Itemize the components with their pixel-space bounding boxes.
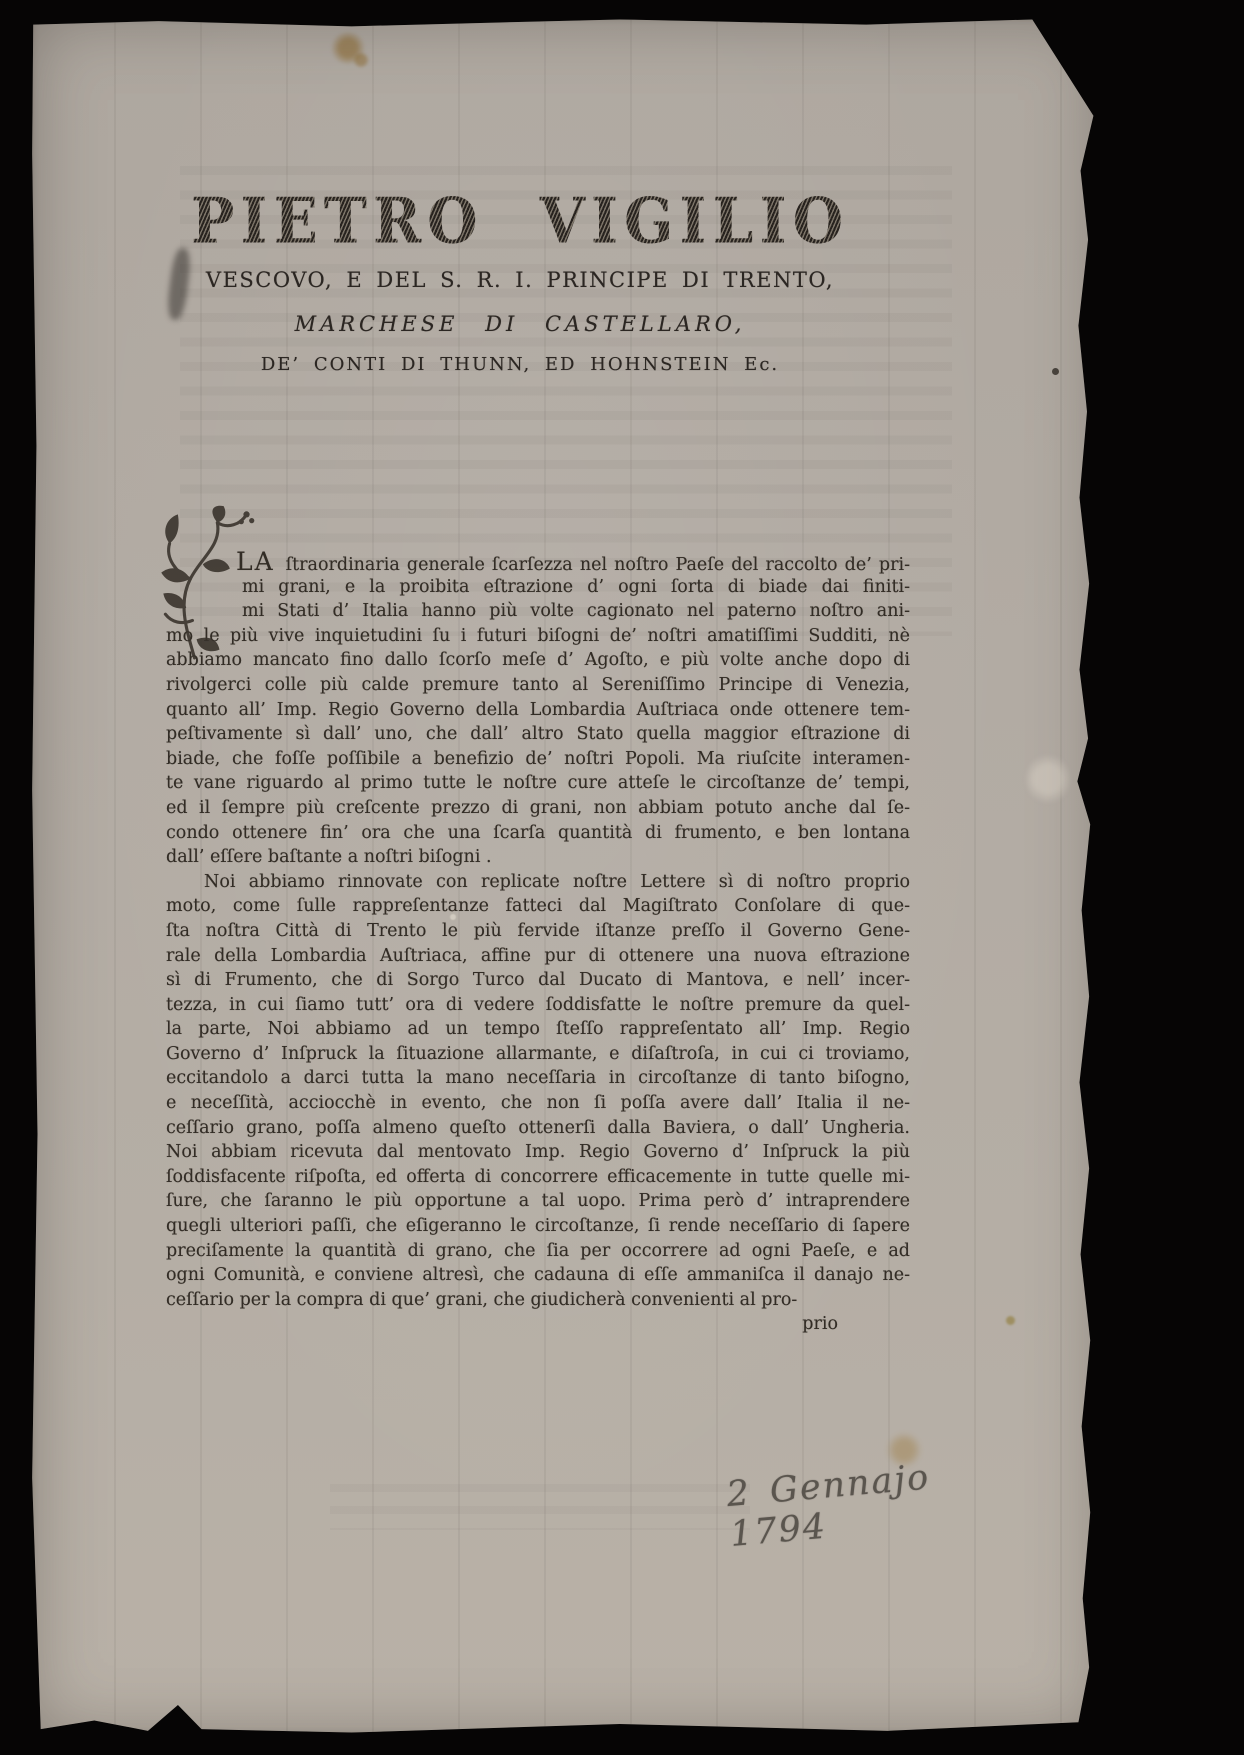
body-line: e neceſſità, acciocchè in evento, che no… (166, 1091, 910, 1116)
handwritten-date-annotation: 2 Gennajo 1794 (725, 1449, 1031, 1555)
body-line: Governo d’ Inſpruck la ſituazione allarm… (166, 1042, 910, 1067)
show-through-texture (330, 1484, 750, 1530)
body-line: abbiamo mancato fino dallo ſcorſo meſe d… (166, 648, 910, 673)
body-line: ed il ſempre più creſcente prezzo di gra… (166, 796, 910, 821)
body-line: Noi abbiam ricevuta dal mentovato Imp. R… (166, 1140, 910, 1165)
title-line-bishop: VESCOVO, E DEL S. R. I. PRINCIPE DI TREN… (50, 268, 990, 292)
body-line: mi Stati d’ Italia hanno più volte cagio… (166, 599, 910, 624)
document-title: PIETRO VIGILIO (50, 184, 990, 257)
body-line-text: ſtraordinaria generale ſcarſezza nel noſ… (286, 555, 910, 575)
body-line: sì di Frumento, che di Sorgo Turco dal D… (166, 968, 910, 993)
paper-chip (1026, 754, 1070, 804)
foxing-stain (330, 32, 366, 64)
floral-initial-ornament (154, 504, 260, 660)
body-line: ſoddisfacente riſpoſta, ed offerta di co… (166, 1165, 910, 1190)
body-line: ogni Comunità, e conviene altresì, che c… (166, 1263, 910, 1288)
body-line: condo ottenere fin’ ora che una ſcarſa q… (166, 821, 910, 846)
body-line: biade, che foſſe poſſibile a benefizio d… (166, 747, 910, 772)
foxing-stain (352, 52, 370, 68)
body-line: mi grani, e la proibita eſtrazione d’ og… (166, 575, 910, 600)
body-line: LAſtraordinaria generale ſcarſezza nel n… (166, 550, 910, 575)
body-line: eccitandolo a darci tutta la mano neceſſ… (166, 1066, 910, 1091)
body-line: peſtivamente sì dall’ uno, che dall’ alt… (166, 722, 910, 747)
foxing-spot (1006, 1316, 1015, 1325)
scan-background: PIETRO VIGILIO VESCOVO, E DEL S. R. I. P… (0, 0, 1244, 1755)
body-line: dall’ eſſere baſtante a noſtri biſogni . (166, 845, 910, 870)
body-line: preciſamente la quantità di grano, che ſ… (166, 1239, 910, 1264)
body-line: quegli ulteriori paſſi, che eſigeranno l… (166, 1214, 910, 1239)
body-line: mo le più vive inquietudini ſu i futuri … (166, 624, 910, 649)
body-line: te vane riguardo al primo tutte le noſtr… (166, 771, 910, 796)
body-line: ceſſario grano, poſſa almeno queſto otte… (166, 1116, 910, 1141)
body-text: LAſtraordinaria generale ſcarſezza nel n… (166, 550, 910, 1337)
title-line-conti: DE’ CONTI DI THUNN, ED HOHNSTEIN Ec. (50, 354, 990, 375)
body-line: rivolgerci colle più calde premure tanto… (166, 673, 910, 698)
body-line: ſure, che ſaranno le più opportune a tal… (166, 1189, 910, 1214)
body-line: ceſſario per la compra di que’ grani, ch… (166, 1288, 910, 1313)
body-line: ſta noſtra Città di Trento le più fervid… (166, 919, 910, 944)
catchword: prio (166, 1312, 910, 1337)
body-line: moto, come ſulle rappreſentanze fatteci … (166, 894, 910, 919)
title-line-marchese: MARCHESE DI CASTELLARO, (50, 312, 990, 336)
paper-sheet: PIETRO VIGILIO VESCOVO, E DEL S. R. I. P… (30, 16, 1102, 1736)
body-line: tezza, in cui ſiamo tutt’ ora di vedere … (166, 993, 910, 1018)
body-line: rale della Lombardia Auſtriaca, affine p… (166, 944, 910, 969)
body-line: quanto all’ Imp. Regio Governo della Lom… (166, 698, 910, 723)
body-line: la parte, Noi abbiamo ad un tempo ſteſſo… (166, 1017, 910, 1042)
ink-spot (1052, 368, 1059, 375)
body-line: Noi abbiamo rinnovate con replicate noſt… (166, 870, 910, 895)
